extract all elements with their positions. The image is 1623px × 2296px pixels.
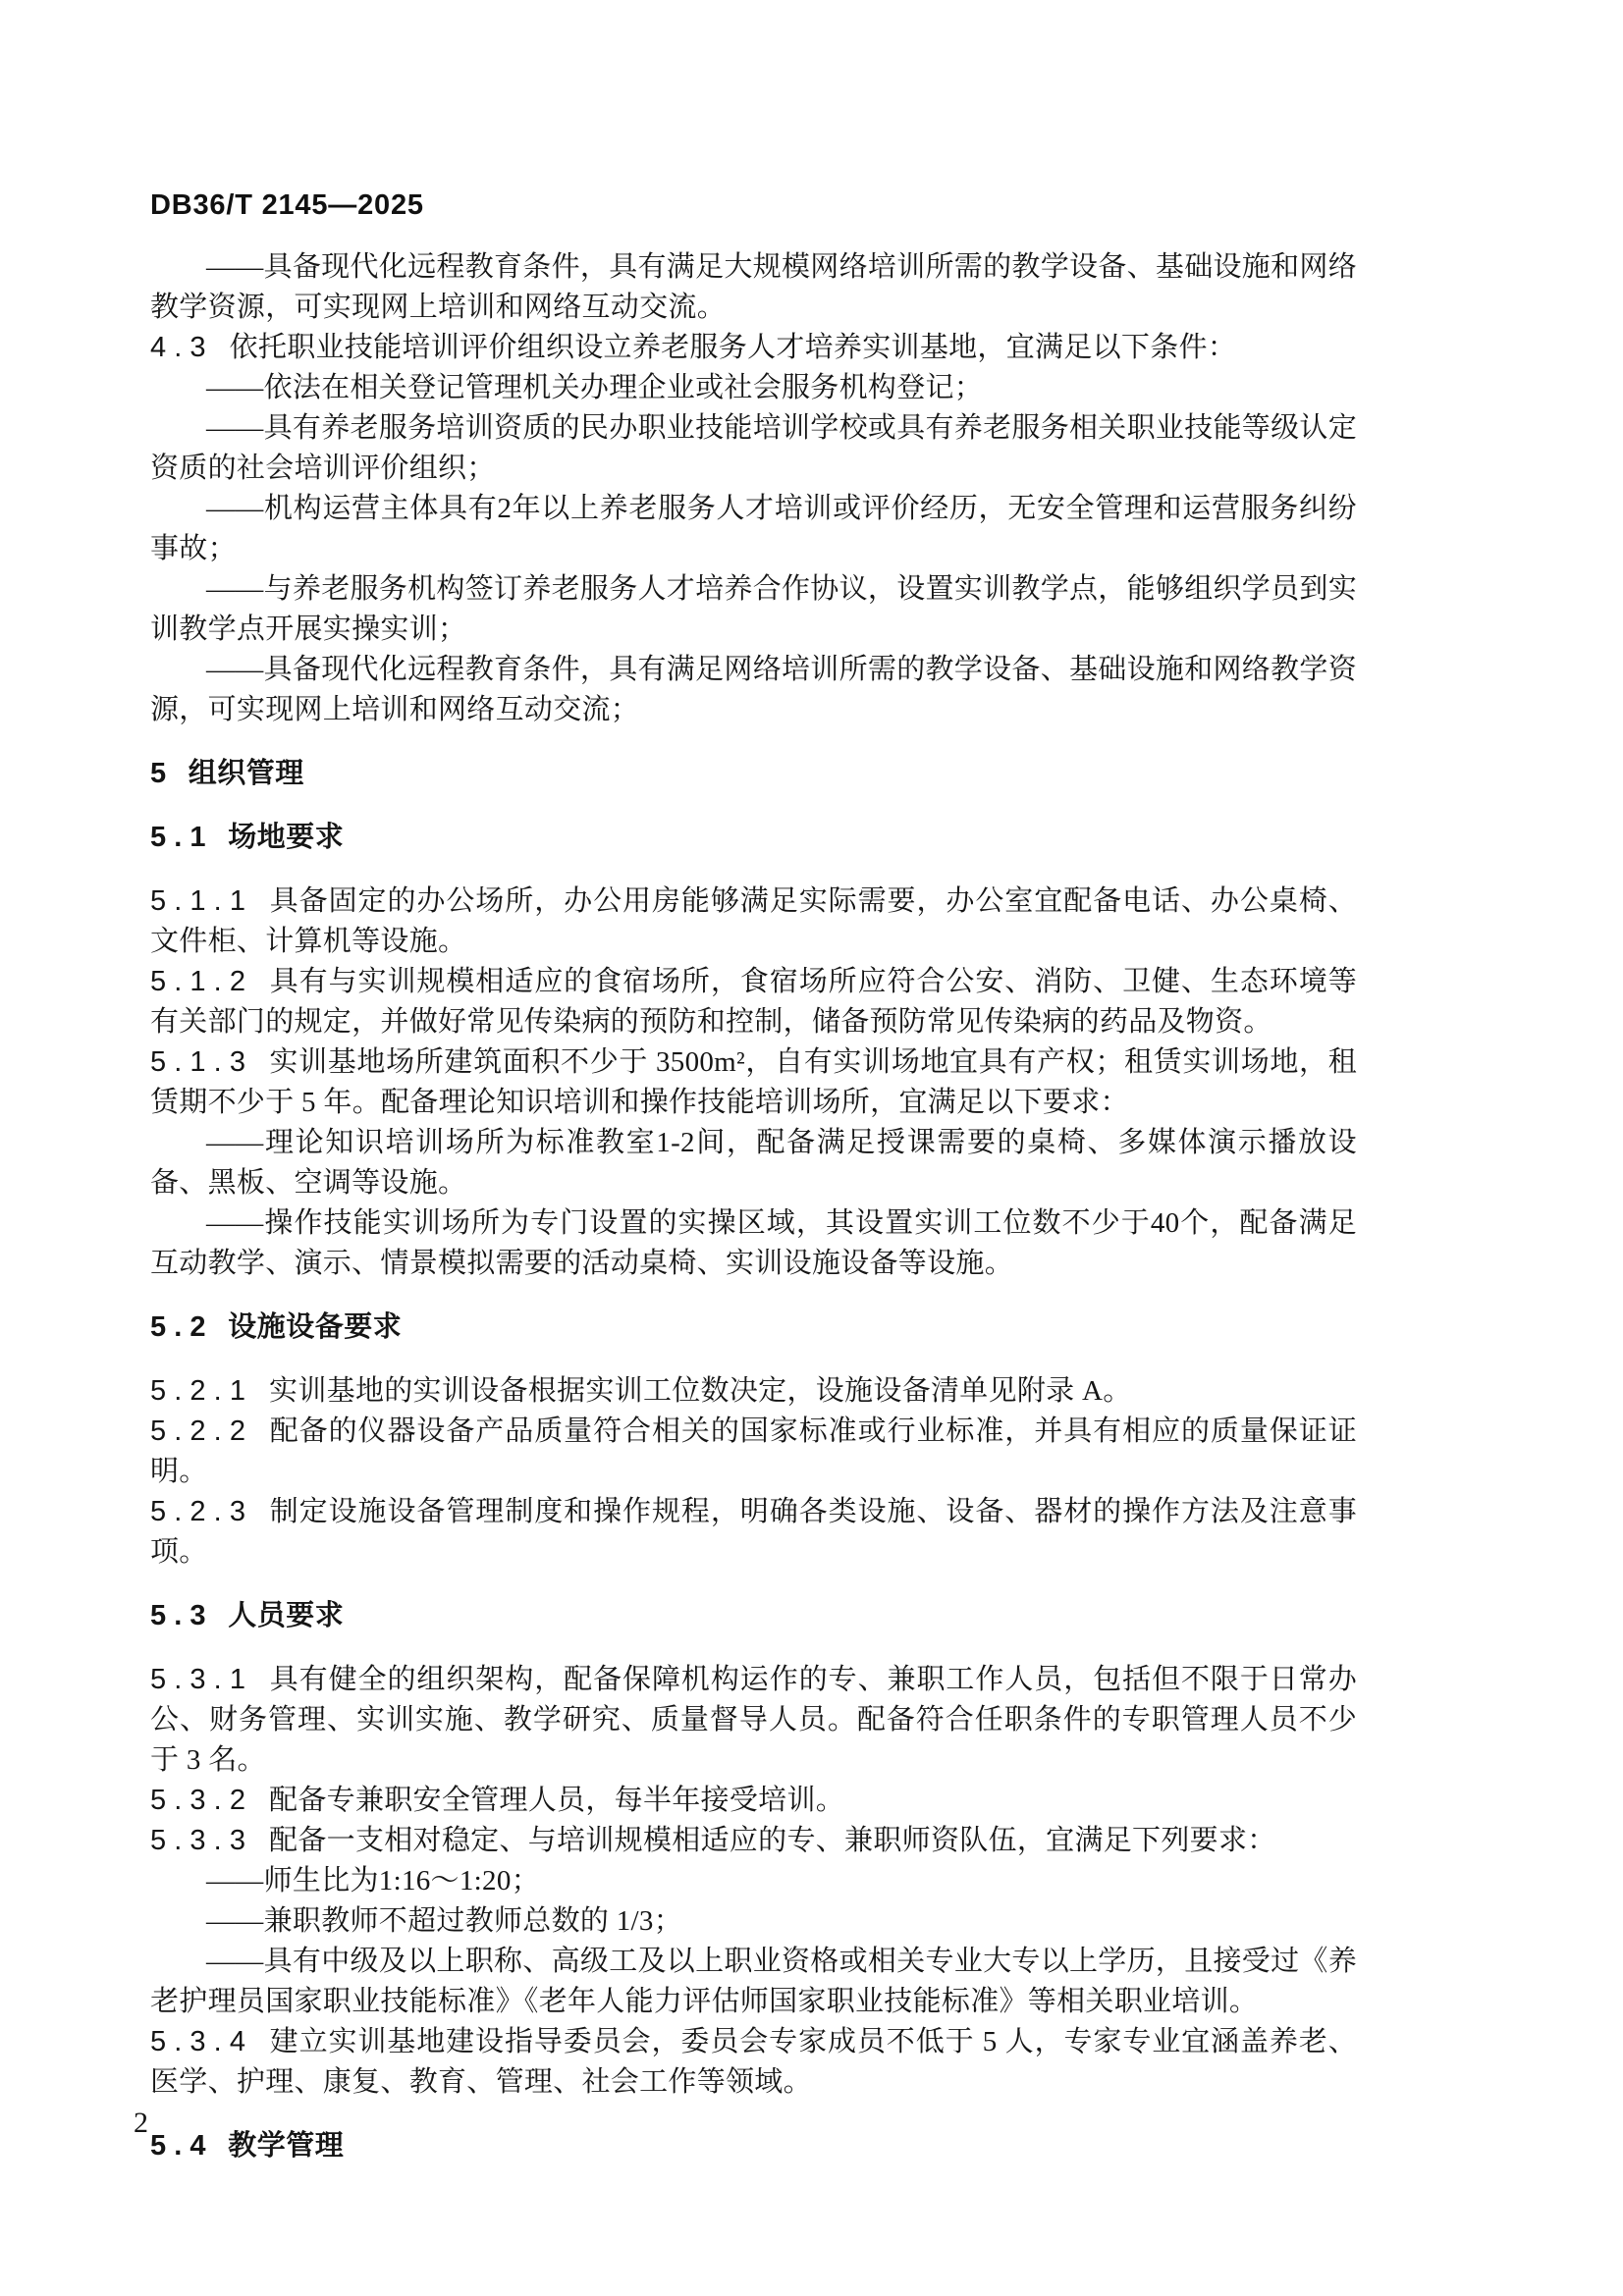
clause-text: 建立实训基地建设指导委员会，委员会专家成员不低于 5 人，专家专业宜涵盖养老、医… [150,2026,1357,2098]
list-item-paragraph: ——具有养老服务培训资质的民办职业技能培训学校或具有养老服务相关职业技能等级认定… [150,408,1357,489]
clause-number: 5.3.1 [150,1664,253,1695]
clause-text: 制定设施设备管理制度和操作规程，明确各类设施、设备、器材的操作方法及注意事项。 [150,1496,1357,1568]
clause-text: 场地要求 [228,822,344,853]
clause-number: 5.2.3 [150,1496,253,1527]
clause-text: 教学管理 [228,2130,344,2162]
clause-text: 配备专兼职安全管理人员，每半年接受培训。 [269,1785,844,1816]
clause-paragraph: 5.3.4建立实训基地建设指导委员会，委员会专家成员不低于 5 人，专家专业宜涵… [150,2022,1357,2103]
clause-number: 5.3.3 [150,1825,253,1856]
clause-number: 5.1.1 [150,885,253,917]
clause-text: 配备一支相对稳定、与培训规模相适应的专、兼职师资队伍，宜满足下列要求： [269,1825,1276,1856]
list-item-paragraph: ——操作技能实训场所为专门设置的实操区域，其设置实训工位数不少于40个，配备满足… [150,1203,1357,1284]
list-item-paragraph: ——师生比为1:16～1:20； [150,1861,1357,1901]
clause-number: 5.2.2 [150,1415,253,1447]
clause-text: 设施设备要求 [228,1311,402,1343]
clause-text: 具有健全的组织架构，配备保障机构运作的专、兼职工作人员，包括但不限于日常办公、财… [150,1664,1357,1776]
list-item-paragraph: ——兼职教师不超过教师总数的 1/3； [150,1901,1357,1942]
list-item-paragraph: ——与养老服务机构签订养老服务人才培养合作协议，设置实训教学点，能够组织学员到实… [150,569,1357,650]
clause-paragraph: 4.3依托职业技能培训评价组织设立养老服务人才培养实训基地，宜满足以下条件： [150,328,1357,368]
clause-paragraph: 5.3.2配备专兼职安全管理人员，每半年接受培训。 [150,1781,1357,1821]
standard-number-header: DB36/T 2145—2025 [150,188,424,222]
section-heading: 5组织管理 [150,754,1357,794]
clause-number: 5.4 [150,2130,214,2162]
clause-text: 组织管理 [189,758,304,789]
clause-paragraph: 5.1.2具有与实训规模相适应的食宿场所，食宿场所应符合公安、消防、卫健、生态环… [150,962,1357,1042]
clause-text: 配备的仪器设备产品质量符合相关的国家标准或行业标准，并具有相应的质量保证证明。 [150,1415,1357,1487]
clause-paragraph: 5.3.3配备一支相对稳定、与培训规模相适应的专、兼职师资队伍，宜满足下列要求： [150,1821,1357,1861]
clause-paragraph: 5.2.2配备的仪器设备产品质量符合相关的国家标准或行业标准，并具有相应的质量保… [150,1412,1357,1492]
clause-number: 5.3.4 [150,2026,253,2057]
clause-paragraph: 5.1.3实训基地场所建筑面积不少于 3500m²，自有实训场地宜具有产权；租赁… [150,1042,1357,1123]
clause-paragraph: 5.2.1实训基地的实训设备根据实训工位数决定，设施设备清单见附录 A。 [150,1371,1357,1412]
clause-number: 4.3 [150,332,214,363]
list-item-paragraph: ——具备现代化远程教育条件，具有满足大规模网络培训所需的教学设备、基础设施和网络… [150,247,1357,328]
list-item-paragraph: ——具有中级及以上职称、高级工及以上职业资格或相关专业大专以上学历，且接受过《养… [150,1942,1357,2022]
list-item-paragraph: ——机构运营主体具有2年以上养老服务人才培训或评价经历，无安全管理和运营服务纠纷… [150,489,1357,569]
list-item-paragraph: ——理论知识培训场所为标准教室1-2间，配备满足授课需要的桌椅、多媒体演示播放设… [150,1123,1357,1203]
document-page: DB36/T 2145—2025 ——具备现代化远程教育条件，具有满足大规模网络… [0,0,1623,2296]
clause-number: 5.3 [150,1600,214,1631]
clause-number: 5.1 [150,822,214,853]
clause-number: 5.2.1 [150,1375,253,1407]
clause-paragraph: 5.3.1具有健全的组织架构，配备保障机构运作的专、兼职工作人员，包括但不限于日… [150,1660,1357,1781]
document-body: ——具备现代化远程教育条件，具有满足大规模网络培训所需的教学设备、基础设施和网络… [150,247,1357,2190]
clause-text: 具有与实训规模相适应的食宿场所，食宿场所应符合公安、消防、卫健、生态环境等有关部… [150,966,1357,1038]
section-heading: 5.2设施设备要求 [150,1308,1357,1348]
section-heading: 5.1场地要求 [150,818,1357,858]
clause-number: 5 [150,758,174,789]
clause-number: 5.3.2 [150,1785,253,1816]
clause-text: 具备固定的办公场所，办公用房能够满足实际需要，办公室宜配备电话、办公桌椅、文件柜… [150,885,1357,957]
list-item-paragraph: ——依法在相关登记管理机关办理企业或社会服务机构登记； [150,368,1357,408]
clause-text: 依托职业技能培训评价组织设立养老服务人才培养实训基地，宜满足以下条件： [230,332,1237,363]
clause-paragraph: 5.2.3制定设施设备管理制度和操作规程，明确各类设施、设备、器材的操作方法及注… [150,1492,1357,1573]
clause-text: 人员要求 [228,1600,344,1631]
clause-number: 5.2 [150,1311,214,1343]
section-heading: 5.4教学管理 [150,2126,1357,2166]
clause-number: 5.1.2 [150,966,253,997]
clause-text: 实训基地场所建筑面积不少于 3500m²，自有实训场地宜具有产权；租赁实训场地，… [150,1046,1357,1118]
section-heading: 5.3人员要求 [150,1596,1357,1636]
page-number: 2 [134,2107,148,2140]
clause-text: 实训基地的实训设备根据实训工位数决定，设施设备清单见附录 A。 [269,1375,1132,1407]
list-item-paragraph: ——具备现代化远程教育条件，具有满足网络培训所需的教学设备、基础设施和网络教学资… [150,650,1357,730]
clause-number: 5.1.3 [150,1046,253,1078]
clause-paragraph: 5.1.1具备固定的办公场所，办公用房能够满足实际需要，办公室宜配备电话、办公桌… [150,881,1357,962]
